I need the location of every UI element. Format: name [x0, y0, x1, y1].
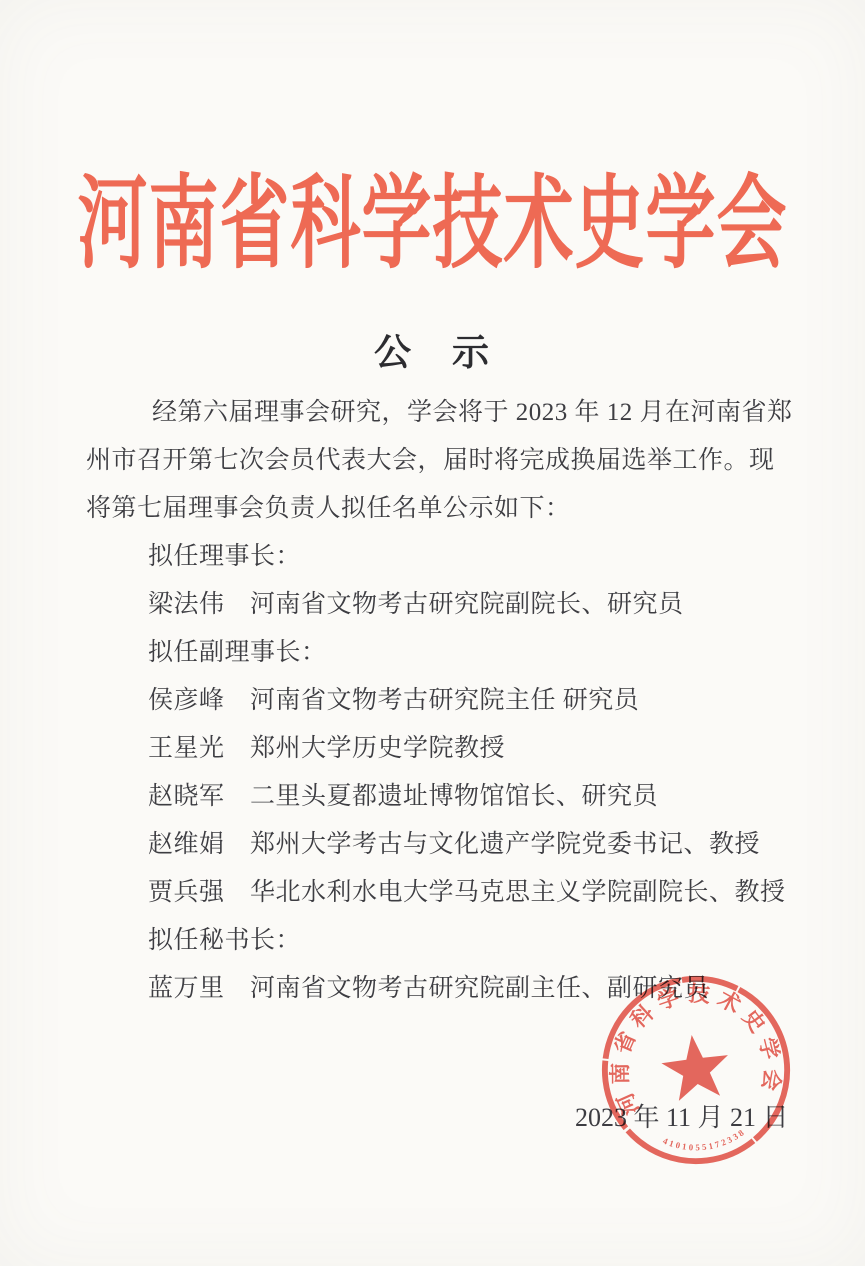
body-line-vicechairman-candidate-5: 贾兵强 华北水利水电大学马克思主义学院副院长、教授	[86, 869, 800, 917]
body-line-role-secretary-label: 拟任秘书长：	[86, 917, 800, 965]
body-line-vicechairman-candidate-4: 赵维娟 郑州大学考古与文化遗产学院党委书记、教授	[86, 821, 800, 869]
body-line-vicechairman-candidate-3: 赵晓军 二里头夏都遗址博物馆馆长、研究员	[86, 773, 800, 821]
body-line-role-chairman-label: 拟任理事长：	[86, 533, 800, 581]
body-line-chairman-candidate: 梁法伟 河南省文物考古研究院副院长、研究员	[86, 581, 800, 629]
document-page: 河南省科学技术史学会 公 示 经第六届理事会研究，学会将于 2023 年 12 …	[0, 0, 865, 1266]
body-line-intro-3: 将第七届理事会负责人拟任名单公示如下：	[86, 485, 800, 533]
org-title: 河南省科学技术史学会	[0, 176, 865, 278]
body-line-intro-2: 州市召开第七次会员代表大会，届时将完成换届选举工作。现	[86, 437, 800, 485]
body-line-role-vicechairman-label: 拟任副理事长：	[86, 629, 800, 677]
notice-body: 经第六届理事会研究，学会将于 2023 年 12 月在河南省郑 州市召开第七次会…	[86, 389, 800, 1013]
body-line-intro-1: 经第六届理事会研究，学会将于 2023 年 12 月在河南省郑	[86, 389, 800, 437]
body-line-vicechairman-candidate-2: 王星光 郑州大学历史学院教授	[86, 725, 800, 773]
seal-star-icon	[658, 1031, 732, 1102]
notice-title: 公 示	[0, 322, 865, 376]
official-seal-stamp: 河南省科学技术史学会 4101055172338	[587, 961, 805, 1179]
body-line-vicechairman-candidate-1: 侯彦峰 河南省文物考古研究院主任 研究员	[86, 677, 800, 725]
